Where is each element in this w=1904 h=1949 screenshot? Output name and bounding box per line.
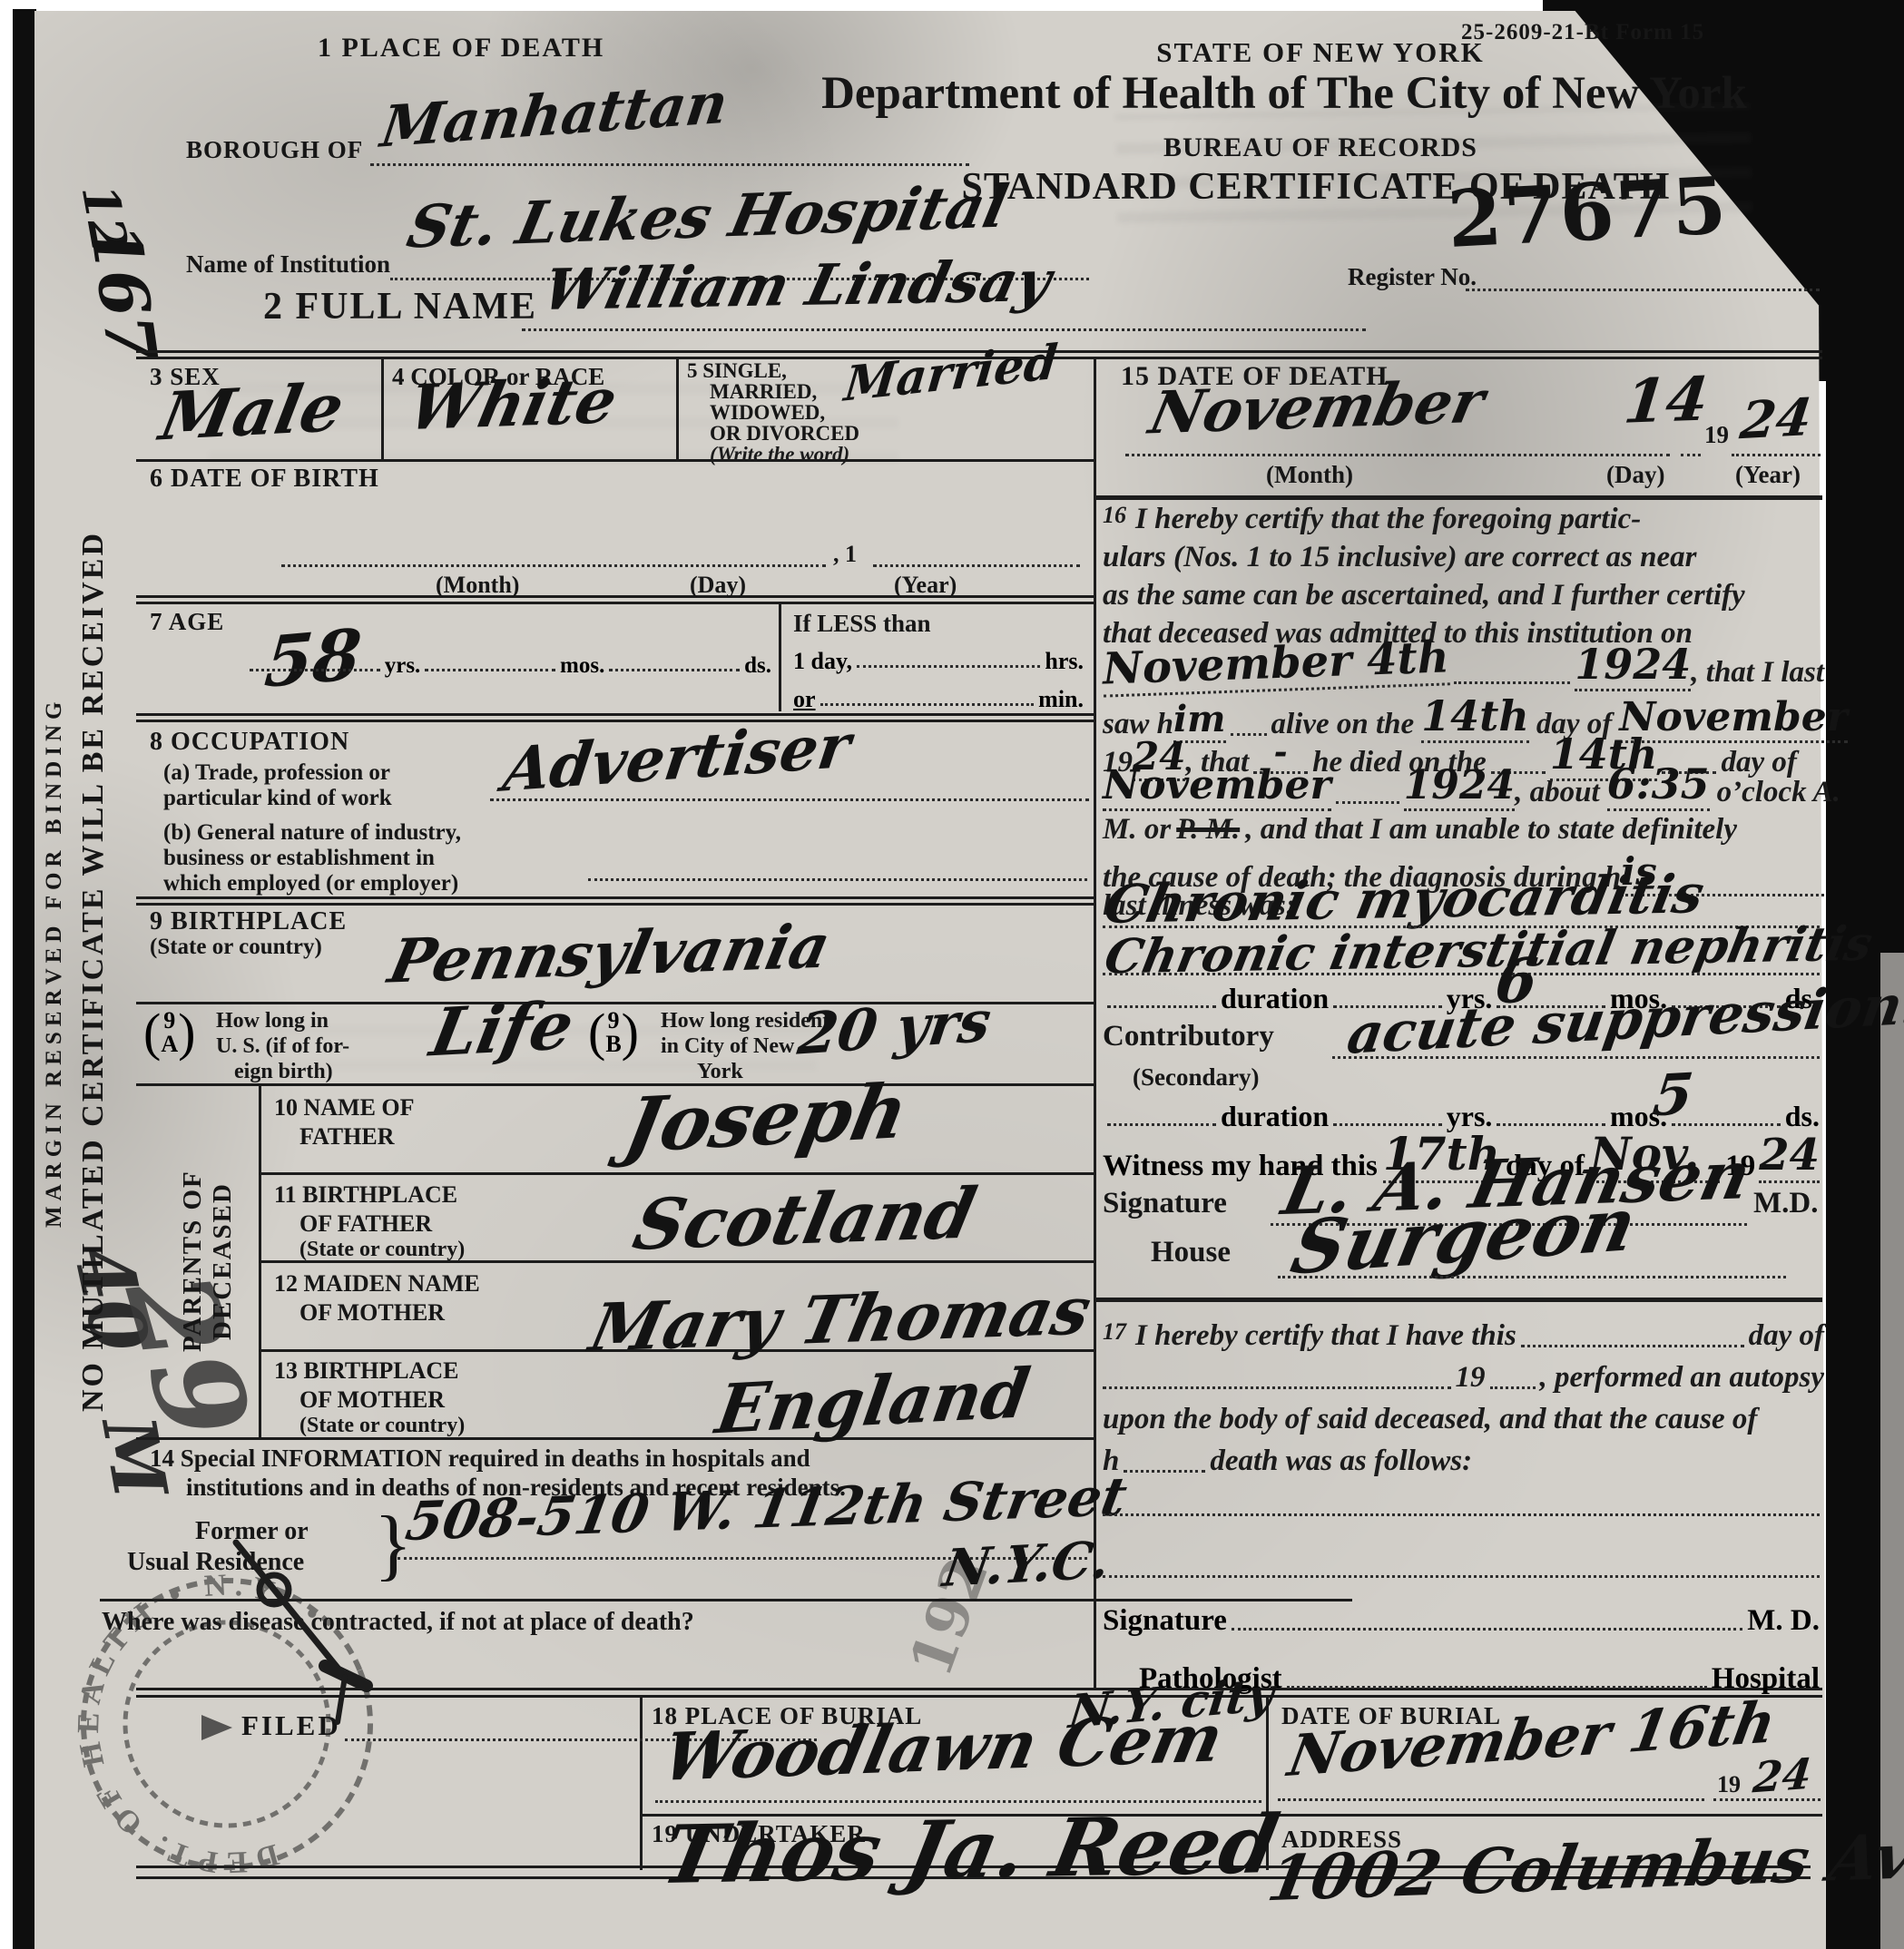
admission-date-value: November 4th bbox=[1102, 632, 1450, 697]
parents-of-deceased-vertical: PARENTS OF DECEASED bbox=[178, 1089, 238, 1434]
occupation-b-label-1: (b) General nature of industry, bbox=[163, 820, 461, 846]
if-less-leader bbox=[820, 703, 1035, 706]
date-of-death-year: 24 bbox=[1738, 392, 1815, 447]
leader bbox=[1521, 1345, 1744, 1347]
clock-hand-doodle bbox=[209, 1532, 481, 1749]
cert16-text: o’clock A. bbox=[1717, 774, 1840, 811]
leader bbox=[1333, 1123, 1442, 1126]
field-9a-label-2: U. S. (if of for- bbox=[216, 1034, 349, 1059]
if-less-min-label: min. bbox=[1038, 686, 1084, 713]
cert16-line-2: ulars (Nos. 1 to 15 inclusive) are corre… bbox=[1103, 539, 1824, 576]
occupation-a-label-1: (a) Trade, profession or bbox=[163, 760, 390, 786]
cert16-line-1: 16I hereby certify that the foregoing pa… bbox=[1103, 501, 1824, 538]
undertaker-value: Thos Ja. Reed bbox=[656, 1804, 1284, 1895]
cert17-line-4: h death was as follows: bbox=[1103, 1443, 1824, 1480]
paren-open: ( bbox=[588, 1012, 605, 1053]
cert17-line-3: upon the body of said deceased, and that… bbox=[1103, 1401, 1824, 1438]
divider-sex-race bbox=[381, 359, 384, 459]
paren-open: ( bbox=[143, 1012, 161, 1053]
date-of-death-month: November bbox=[1144, 373, 1488, 443]
death-year-value: 1924 bbox=[1404, 762, 1515, 811]
rule-occupation-bottom-1 bbox=[136, 896, 1094, 899]
if-less-row-1: 1 day, hrs. bbox=[793, 648, 1084, 675]
field-9b-value: 20 yrs bbox=[795, 993, 995, 1063]
signature-17-label: Signature bbox=[1103, 1604, 1227, 1638]
death-month-value: November bbox=[1103, 762, 1331, 811]
occupation-label: 8 OCCUPATION bbox=[150, 728, 349, 757]
register-label: Register No. bbox=[1348, 263, 1477, 291]
cert17-text: I hereby certify that I have this bbox=[1135, 1319, 1516, 1352]
dob-month-sub: (Month) bbox=[436, 572, 519, 599]
divider-age-ifless bbox=[779, 604, 781, 711]
father-name-label-1: 10 NAME OF bbox=[274, 1094, 415, 1121]
rule-occupation-bottom-2 bbox=[136, 903, 1094, 906]
divider-filed-burial bbox=[640, 1698, 643, 1870]
occupation-b-label-2: business or establishment in bbox=[163, 846, 435, 871]
signature-17-row: Signature M. D. bbox=[1103, 1604, 1820, 1638]
rule-parents-bottom bbox=[136, 1437, 1094, 1440]
if-less-hrs-label: hrs. bbox=[1045, 648, 1084, 675]
death-time-value: 6:35 bbox=[1607, 759, 1710, 811]
if-less-label-2: 1 day, bbox=[793, 648, 852, 675]
margin-binding-text: MARGIN RESERVED FOR BINDING bbox=[42, 563, 67, 1361]
full-name-line bbox=[522, 328, 1366, 331]
field-9a-tag: ( 9 A ) bbox=[143, 1009, 195, 1056]
mother-maiden-value: Mary Thomas bbox=[584, 1278, 1096, 1361]
if-less-label-1: If LESS than bbox=[793, 610, 931, 638]
mother-birthplace-label-1: 13 BIRTHPLACE bbox=[274, 1357, 459, 1385]
mother-maiden-label-1: 12 MAIDEN NAME bbox=[274, 1270, 480, 1298]
admission-year-value: 1924 bbox=[1575, 640, 1691, 691]
full-name-label: 2 FULL NAME bbox=[263, 285, 537, 328]
rule-sex-row-bottom bbox=[136, 459, 1094, 462]
cert16-text: M. or bbox=[1103, 811, 1171, 848]
dod-day-sub: (Day) bbox=[1606, 461, 1664, 489]
dob-line bbox=[281, 564, 826, 567]
borough-label: BOROUGH OF bbox=[186, 136, 363, 164]
autopsy-blank-line-2 bbox=[1103, 1575, 1820, 1578]
field-9a-label-3: eign birth) bbox=[234, 1060, 333, 1084]
dod-year-line bbox=[1732, 454, 1821, 456]
father-name-value: Joseph bbox=[619, 1073, 913, 1163]
duration-label: duration bbox=[1221, 1100, 1329, 1133]
cert16-line-3: as the same can be ascertained, and I fu… bbox=[1103, 577, 1824, 614]
cert16-text: ulars (Nos. 1 to 15 inclusive) are corre… bbox=[1103, 539, 1697, 576]
mother-maiden-label-2: OF MOTHER bbox=[299, 1299, 445, 1327]
leader bbox=[1232, 1628, 1742, 1631]
contributory-label: Contributory bbox=[1103, 1020, 1274, 1053]
father-name-label-2: FATHER bbox=[299, 1123, 394, 1151]
rule-age-bottom-1 bbox=[136, 713, 1094, 716]
date-of-burial-line bbox=[1278, 1798, 1704, 1801]
dob-year-sub: (Year) bbox=[894, 572, 957, 599]
cert17-text: death was as follows: bbox=[1210, 1443, 1472, 1480]
letter-b: B bbox=[605, 1033, 621, 1056]
field-9a-label-1: How long in bbox=[216, 1009, 329, 1033]
leader bbox=[1107, 1123, 1216, 1126]
age-yrs-label: yrs. bbox=[385, 653, 421, 679]
mother-birthplace-value: England bbox=[712, 1360, 1034, 1445]
paren-close: ) bbox=[622, 1012, 639, 1053]
dod-year-sub: (Year) bbox=[1735, 461, 1801, 489]
cert16-admission-row: November 4th 1924 , that I last bbox=[1103, 641, 1824, 691]
cert16-text: , and that I am unable to state definite… bbox=[1245, 811, 1737, 848]
age-units-row: yrs. mos. ds. bbox=[245, 653, 771, 679]
age-label: 7 AGE bbox=[150, 608, 224, 636]
margin-note-167: 167 bbox=[80, 219, 166, 367]
date-of-death-day: 14 bbox=[1622, 368, 1712, 431]
field-9a-value: Life bbox=[426, 993, 579, 1066]
leader bbox=[1336, 801, 1399, 804]
rule-dob-bottom-2 bbox=[136, 602, 1094, 604]
age-ds-label: ds. bbox=[744, 653, 771, 679]
register-number: 27675 bbox=[1446, 167, 1730, 260]
bureau-heading: BUREAU OF RECORDS bbox=[1094, 132, 1547, 163]
full-name-value: William Lindsay bbox=[538, 253, 1056, 318]
field-9b-label-2: in City of New bbox=[661, 1034, 794, 1059]
witness-year-value: 24 bbox=[1759, 1130, 1820, 1183]
father-birthplace-label-3: (State or country) bbox=[299, 1238, 465, 1262]
rule-age-bottom-2 bbox=[136, 720, 1094, 722]
leader bbox=[1490, 1386, 1536, 1389]
dod-day-line bbox=[1681, 454, 1701, 456]
register-line bbox=[1466, 289, 1820, 291]
cert17-text: day of bbox=[1749, 1317, 1824, 1355]
death-certificate-scan: 1 PLACE OF DEATH 25-2609-21-Bt Form 15 S… bbox=[0, 0, 1904, 1949]
dob-year-line bbox=[873, 564, 1080, 567]
house-line bbox=[1278, 1276, 1786, 1278]
nine: 9 bbox=[608, 1009, 620, 1033]
date-of-burial-year-pre: 19 bbox=[1717, 1771, 1741, 1798]
leader bbox=[1107, 1005, 1216, 1008]
cert16-text: , that I last bbox=[1691, 654, 1824, 691]
marital-label-5: (Write the word) bbox=[710, 443, 849, 466]
borough-line bbox=[370, 163, 969, 166]
field-9b-tag: ( 9 B ) bbox=[588, 1009, 639, 1056]
birthplace-value: Pennsylvania bbox=[384, 916, 835, 991]
special-info-line-1: 14 Special INFORMATION required in death… bbox=[150, 1445, 810, 1473]
if-less-leader bbox=[857, 665, 1040, 668]
father-birthplace-label-2: OF FATHER bbox=[299, 1210, 432, 1238]
rule-dod-bottom bbox=[1094, 495, 1822, 500]
signature-16-label: Signature bbox=[1103, 1187, 1227, 1220]
cert16-line-9: M. or P. M. , and that I am unable to st… bbox=[1103, 811, 1824, 848]
duration-2-months-value: 5 bbox=[1650, 1066, 1696, 1125]
date-of-death-year-pre: 19 bbox=[1704, 421, 1729, 449]
secondary-label: (Secondary) bbox=[1133, 1063, 1259, 1092]
dob-label: 6 DATE OF BIRTH bbox=[150, 465, 379, 494]
birthplace-label: 9 BIRTHPLACE bbox=[150, 907, 347, 936]
father-birthplace-label-1: 11 BIRTHPLACE bbox=[274, 1181, 457, 1209]
cert17-text: upon the body of said deceased, and that… bbox=[1103, 1401, 1757, 1438]
signature-16-md: M.D. bbox=[1753, 1187, 1818, 1220]
birthplace-sublabel: (State or country) bbox=[150, 935, 322, 960]
age-mos-label: mos. bbox=[560, 653, 604, 679]
place-of-death-label: 1 PLACE OF DEATH bbox=[318, 33, 604, 64]
dod-month-sub: (Month) bbox=[1266, 461, 1353, 489]
leader bbox=[1103, 1386, 1451, 1389]
dob-day-sub: (Day) bbox=[690, 572, 746, 599]
occupation-a-label-2: particular kind of work bbox=[163, 786, 392, 811]
institution-label: Name of Institution bbox=[186, 250, 390, 279]
mother-birthplace-label-2: OF MOTHER bbox=[299, 1386, 445, 1414]
state-heading: STATE OF NEW YORK bbox=[1112, 36, 1529, 69]
duration-label: duration bbox=[1221, 982, 1329, 1015]
cert16-text: , about bbox=[1515, 774, 1600, 811]
house-label: House bbox=[1151, 1236, 1231, 1269]
margin-no-mutilated-text: NO MUTILATED CERTIFICATE WILL BE RECEIVE… bbox=[76, 399, 111, 1543]
age-leader bbox=[425, 669, 555, 671]
ds-label: ds. bbox=[1785, 1100, 1820, 1133]
edge-gray-right bbox=[1880, 953, 1904, 1949]
leader bbox=[1124, 1470, 1205, 1473]
cert17-line-1: 17I hereby certify that I have this day … bbox=[1103, 1317, 1824, 1355]
cert16-text: as the same can be ascertained, and I fu… bbox=[1103, 577, 1745, 614]
divider-race-marital bbox=[676, 359, 679, 459]
cert16-text: I hereby certify that the foregoing part… bbox=[1135, 503, 1641, 535]
signature-17-md: M. D. bbox=[1747, 1604, 1820, 1638]
nine: 9 bbox=[163, 1009, 175, 1033]
leader bbox=[1454, 681, 1571, 684]
cert16-number: 16 bbox=[1103, 502, 1126, 528]
age-leader bbox=[250, 669, 380, 671]
cert17-text: 19 bbox=[1456, 1359, 1486, 1396]
leader bbox=[1287, 1686, 1707, 1689]
sex-value: Male bbox=[155, 374, 348, 449]
dod-month-line bbox=[1125, 454, 1670, 456]
diagnosis-line-2-rule bbox=[1103, 973, 1820, 975]
autopsy-blank-line-1 bbox=[1103, 1513, 1820, 1516]
cert17-line-2: 19 , performed an autopsy bbox=[1103, 1359, 1824, 1396]
date-of-burial-year: 24 bbox=[1752, 1753, 1814, 1799]
cert17-number: 17 bbox=[1103, 1318, 1126, 1345]
father-birthplace-value: Scotland bbox=[628, 1179, 982, 1260]
dob-comma-one: , 1 bbox=[833, 541, 857, 568]
date-of-burial-year-line bbox=[1713, 1798, 1821, 1801]
cert17-text: , performed an autopsy bbox=[1540, 1359, 1825, 1396]
age-leader bbox=[609, 669, 740, 671]
leader bbox=[1497, 1123, 1605, 1126]
if-less-row-2: or min. bbox=[793, 686, 1084, 713]
contributory-line bbox=[1332, 1056, 1820, 1059]
letter-a: A bbox=[161, 1033, 178, 1056]
rule-cert17-top bbox=[1094, 1298, 1822, 1302]
pm-struck-out: P. M. bbox=[1176, 811, 1240, 848]
occupation-b-line bbox=[588, 878, 1087, 881]
occupation-a-line bbox=[490, 798, 1089, 801]
race-value: White bbox=[404, 370, 623, 439]
cert17-text: h bbox=[1103, 1443, 1119, 1480]
occupation-b-label-3: which employed (or employer) bbox=[163, 871, 458, 896]
paren-close: ) bbox=[178, 1012, 195, 1053]
cert16-line-8: November 1924 , about 6:35 o’clock A. bbox=[1103, 764, 1824, 811]
mother-birthplace-label-3: (State or country) bbox=[299, 1414, 465, 1438]
if-less-or-label: or bbox=[793, 686, 816, 713]
department-heading: Department of Health of The City of New … bbox=[744, 67, 1824, 120]
